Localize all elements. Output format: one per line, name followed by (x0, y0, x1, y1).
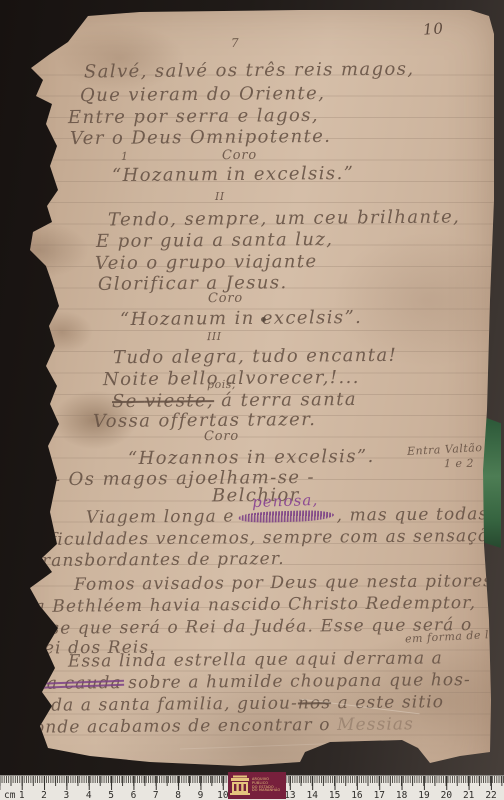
ruler-number-2: 2 (41, 790, 47, 800)
prose-line: Fomos avisados por Deus que nesta pitore… (74, 571, 500, 595)
struck-word: Se (112, 391, 145, 412)
ruler-number-6: 6 (131, 790, 137, 800)
ruler-number-20: 20 (441, 790, 452, 800)
ink-blot (261, 317, 266, 322)
prose-line: Essa linda estrella que aqui derrama a (68, 648, 443, 671)
archive-logo-text: Arquivo Público do Estado do Maranhão (252, 778, 280, 794)
faded-word: Messias (337, 714, 414, 735)
ruler-number-16: 16 (351, 790, 362, 800)
ruler-number-19: 19 (418, 790, 429, 800)
ruler-number-14: 14 (307, 790, 318, 800)
ruler-number-15: 15 (329, 790, 340, 800)
ruler-number-1: 1 (19, 790, 25, 800)
text-segment: , mas que todas (336, 504, 488, 525)
ruler-number-10: 10 (217, 790, 228, 800)
manuscript-paper: 107Salvé, salvé os três reis magos,Que v… (0, 0, 504, 800)
scratched-out-word (237, 509, 333, 523)
stanza-numeral: II (215, 190, 225, 203)
chorus-label: Coro (222, 148, 257, 163)
verse-line: Veio o grupo viajante (95, 251, 318, 274)
verse-line: Que vieram do Oriente, (80, 83, 325, 106)
stage-note: 1 e 2 (444, 457, 474, 470)
ruler-number-4: 4 (86, 790, 92, 800)
prose-line: ca Bethléem havia nascido Christo Redemp… (24, 593, 476, 617)
stanza-numeral: III (207, 330, 222, 343)
verse-number: 1 (121, 150, 129, 163)
verse-line: Tudo alegra, tudo encanta! (113, 345, 397, 368)
ruler-number-18: 18 (396, 790, 407, 800)
page-number: 10 (422, 19, 444, 38)
chorus-label: Coro (204, 429, 239, 444)
purple-struck-words: sua cauda (25, 673, 122, 694)
ruler-number-3: 3 (64, 790, 70, 800)
chorus-label: Coro (208, 291, 243, 306)
text-segment: Viagem longa e (86, 506, 235, 527)
text-segment: á terra santa (214, 389, 357, 411)
struck-word: nos (298, 693, 331, 713)
ruler-number-8: 8 (175, 790, 181, 800)
ruler-number-17: 17 (374, 790, 385, 800)
scanned-document-page: 107Salvé, salvé os três reis magos,Que v… (0, 0, 504, 800)
ruler-number-21: 21 (463, 790, 474, 800)
prose-line-with-purple-strike: sua cauda sobre a humilde choupana que h… (25, 670, 471, 694)
text-segment: peda a santa familia, guiou- (28, 693, 298, 715)
prose-line: transbordantes de prazer. (34, 549, 285, 571)
ruler-number-7: 7 (153, 790, 159, 800)
insertion-pencil: pois, (207, 378, 236, 391)
archive-logo-badge: Arquivo Público do Estado do Maranhão (228, 772, 286, 799)
verse-line: Salvé, salvé os três reis magos, (84, 59, 415, 83)
verse-line: E por guia a santa luz, (96, 229, 334, 252)
text-segment: sobre a humilde choupana que hos- (122, 670, 471, 693)
logo-text-line: do Maranhão (252, 789, 280, 793)
prose-line: difficuldades vencemos, sempre com as se… (24, 526, 504, 550)
text-segment: onde acabamos de encontrar o (34, 715, 337, 738)
chorus-line: “Hozannos in excelsis”. (128, 446, 375, 469)
ruler-number-5: 5 (108, 790, 114, 800)
prose-line-with-faint-word: onde acabamos de encontrar o Messias (34, 714, 414, 737)
verse-line: Ver o Deus Omnipotente. (70, 126, 332, 149)
chorus-line: “Hozanum in excelsis.” (112, 163, 354, 186)
prose-line-with-strike: peda a santa familia, guiou-nos a este s… (28, 692, 444, 716)
verse-line: Glorificar a Jesus. (98, 272, 288, 295)
sheet-mark: 7 (231, 36, 239, 50)
ruler-unit-label: cm (4, 790, 15, 800)
ruler-number-22: 22 (485, 790, 496, 800)
ruler-number-9: 9 (198, 790, 204, 800)
chorus-line: “Hozanum in excelsis”. (120, 307, 362, 330)
archive-building-icon (230, 775, 250, 797)
verse-line: Entre por serra e lagos, (68, 105, 319, 128)
corrected-verse-line: Se vieste, á terra santa (112, 389, 357, 412)
verse-line: Tendo, sempre, um ceu brilhante, (108, 206, 460, 230)
struck-word: vieste, (145, 390, 214, 412)
correction-purple: penosa, (252, 491, 319, 511)
